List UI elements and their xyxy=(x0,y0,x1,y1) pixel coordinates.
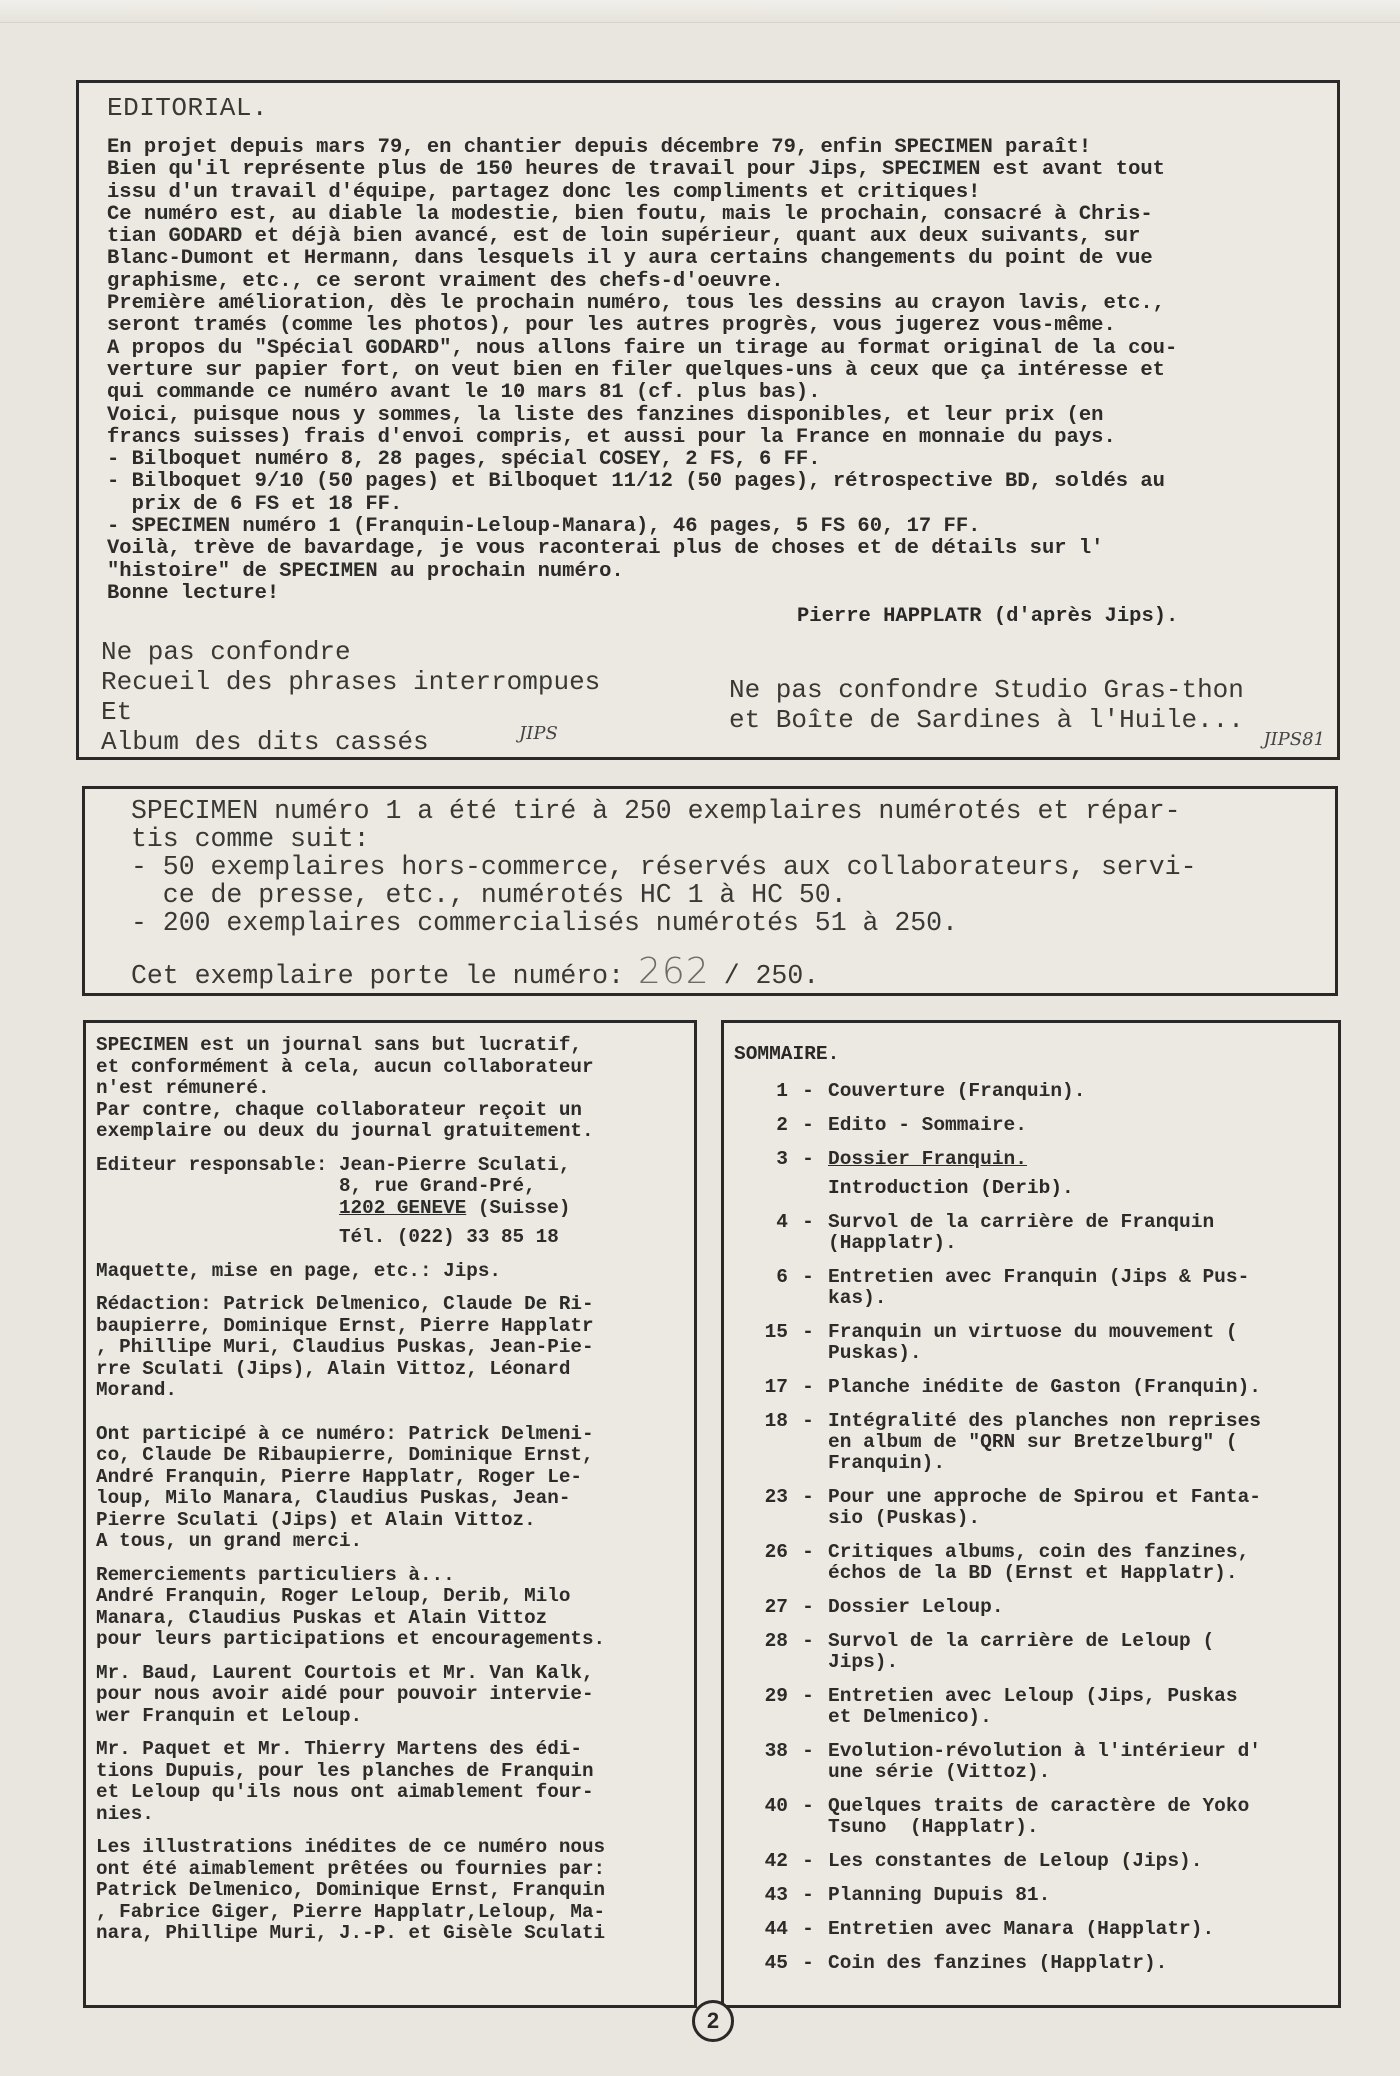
toc-dash: - xyxy=(788,1411,828,1474)
editorial-line: Blanc-Dumont et Hermann, dans lesquels i… xyxy=(107,248,1313,270)
toc-dash: - xyxy=(788,1377,828,1398)
toc-page-number: 45 xyxy=(734,1953,788,1974)
editorial-line: prix de 6 FS et 18 FF. xyxy=(107,494,1313,516)
toc-entry: 38-Evolution-révolution à l'intérieur d'… xyxy=(734,1741,1328,1783)
publisher-phone: Tél. (022) 33 85 18 xyxy=(339,1227,570,1249)
toc-dash: - xyxy=(788,1953,828,1974)
toc-list: 1-Couverture (Franquin).2-Edito - Sommai… xyxy=(734,1081,1328,1974)
toc-entry: 3-Dossier Franquin. xyxy=(734,1149,1328,1170)
toc-entry-title: Couverture (Franquin). xyxy=(828,1081,1085,1102)
toc-page-number: 38 xyxy=(734,1741,788,1783)
editorial-line: francs suisses) frais d'envoi compris, e… xyxy=(107,427,1313,449)
toc-dash: - xyxy=(788,1631,828,1673)
editorial-title: EDITORIAL. xyxy=(107,93,1313,123)
credits-participants: Ont participé à ce numéro: Patrick Delme… xyxy=(96,1424,684,1553)
toc-entry: 29-Entretien avec Leloup (Jips, Puskas e… xyxy=(734,1686,1328,1728)
credits-thanks: Remerciements particuliers à... André Fr… xyxy=(96,1565,684,1651)
credits-illustrations: Les illustrations inédites de ce numéro … xyxy=(96,1837,684,1945)
toc-dash: - xyxy=(788,1542,828,1584)
signature-scribble-right: JIPS81 xyxy=(1263,729,1325,750)
toc-entry-title: Franquin un virtuose du mouvement ( Pusk… xyxy=(828,1322,1238,1364)
toc-title: SOMMAIRE. xyxy=(734,1043,1328,1065)
toc-entry: 6-Entretien avec Franquin (Jips & Pus- k… xyxy=(734,1267,1328,1309)
credits-redaction: Rédaction: Patrick Delmenico, Claude De … xyxy=(96,1294,684,1402)
toc-entry-title: Dossier Franquin. xyxy=(828,1149,1027,1170)
publisher-country: (Suisse) xyxy=(466,1197,570,1219)
toc-entry: 27-Dossier Leloup. xyxy=(734,1597,1328,1618)
editorial-line: - Bilboquet 9/10 (50 pages) et Bilboquet… xyxy=(107,471,1313,493)
toc-entry-title: Entretien avec Leloup (Jips, Puskas et D… xyxy=(828,1686,1238,1728)
toc-page-number: 23 xyxy=(734,1487,788,1529)
editorial-box: EDITORIAL. En projet depuis mars 79, en … xyxy=(76,80,1340,760)
edition-info-box: SPECIMEN numéro 1 a été tiré à 250 exemp… xyxy=(82,786,1338,996)
toc-entry-title: Les constantes de Leloup (Jips). xyxy=(828,1851,1202,1872)
toc-entry-title: Quelques traits de caractère de Yoko Tsu… xyxy=(828,1796,1249,1838)
publisher-block: Editeur responsable: Jean-Pierre Sculati… xyxy=(96,1155,684,1249)
toc-sub-entry: Introduction (Derib). xyxy=(734,1177,1328,1199)
toc-page-number: 43 xyxy=(734,1885,788,1906)
editorial-line: graphisme, etc., ce seront vraiment des … xyxy=(107,271,1313,293)
copy-number-handwritten: 262 xyxy=(624,951,724,992)
toc-entry: 28-Survol de la carrière de Leloup ( Jip… xyxy=(734,1631,1328,1673)
toc-page-number: 26 xyxy=(734,1542,788,1584)
editorial-line: Bien qu'il représente plus de 150 heures… xyxy=(107,159,1313,181)
editorial-line: issu d'un travail d'équipe, partagez don… xyxy=(107,182,1313,204)
toc-page-number: 40 xyxy=(734,1796,788,1838)
ne-pas-confondre-right: Ne pas confondre Studio Gras-thonet Boît… xyxy=(729,675,1244,735)
editorial-line: qui commande ce numéro avant le 10 mars … xyxy=(107,382,1313,404)
toc-dash: - xyxy=(788,1212,828,1254)
editorial-line: Voilà, trève de bavardage, je vous racon… xyxy=(107,538,1313,560)
toc-entry-title: Dossier Leloup. xyxy=(828,1597,1004,1618)
editorial-line: Bonne lecture! xyxy=(107,583,1313,605)
toc-page-number: 44 xyxy=(734,1919,788,1940)
toc-entry-title: Survol de la carrière de Franquin (Happl… xyxy=(828,1212,1214,1254)
editorial-line: Voici, puisque nous y sommes, la liste d… xyxy=(107,405,1313,427)
toc-page-number: 6 xyxy=(734,1267,788,1309)
edition-line: tis comme suit: xyxy=(131,825,1305,853)
credits-intro: SPECIMEN est un journal sans but lucrati… xyxy=(96,1035,684,1143)
editorial-line: "histoire" de SPECIMEN au prochain numér… xyxy=(107,561,1313,583)
toc-dash: - xyxy=(788,1919,828,1940)
toc-page-number: 15 xyxy=(734,1322,788,1364)
toc-entry-title: Coin des fanzines (Happlatr). xyxy=(828,1953,1167,1974)
editorial-signature: Pierre HAPPLATR (d'après Jips). xyxy=(797,605,1178,628)
editorial-line: Première amélioration, dès le prochain n… xyxy=(107,293,1313,315)
toc-page-number: 18 xyxy=(734,1411,788,1474)
toc-entry: 44-Entretien avec Manara (Happlatr). xyxy=(734,1919,1328,1940)
publisher-label: Editeur responsable: xyxy=(96,1155,339,1249)
editorial-line: tian GODARD et déjà bien avancé, est de … xyxy=(107,226,1313,248)
toc-dash: - xyxy=(788,1487,828,1529)
confuse-line: Ne pas confondre xyxy=(101,637,600,667)
toc-entry-title: Planning Dupuis 81. xyxy=(828,1885,1050,1906)
toc-entry: 42-Les constantes de Leloup (Jips). xyxy=(734,1851,1328,1872)
toc-dash: - xyxy=(788,1267,828,1309)
toc-entry: 43-Planning Dupuis 81. xyxy=(734,1885,1328,1906)
copy-number-label: Cet exemplaire porte le numéro: xyxy=(131,961,624,991)
credits-dupuis: Mr. Paquet et Mr. Thierry Martens des éd… xyxy=(96,1739,684,1825)
toc-entry-title: Evolution-révolution à l'intérieur d' un… xyxy=(828,1741,1261,1783)
toc-dash: - xyxy=(788,1796,828,1838)
toc-entry-title: Entretien avec Manara (Happlatr). xyxy=(828,1919,1214,1940)
toc-dash: - xyxy=(788,1322,828,1364)
editorial-body: En projet depuis mars 79, en chantier de… xyxy=(107,137,1313,605)
signature-scribble-left: JIPS xyxy=(519,723,558,744)
publisher-street: 8, rue Grand-Pré, xyxy=(339,1175,536,1197)
toc-entry: 15-Franquin un virtuose du mouvement ( P… xyxy=(734,1322,1328,1364)
toc-entry: 4-Survol de la carrière de Franquin (Hap… xyxy=(734,1212,1328,1254)
confuse-line: Recueil des phrases interrompues xyxy=(101,667,600,697)
edition-line: - 200 exemplaires commercialisés numérot… xyxy=(131,909,1305,937)
toc-entry-title: Survol de la carrière de Leloup ( Jips). xyxy=(828,1631,1214,1673)
toc-dash: - xyxy=(788,1851,828,1872)
toc-page-number: 27 xyxy=(734,1597,788,1618)
toc-entry: 1-Couverture (Franquin). xyxy=(734,1081,1328,1102)
toc-entry: 45-Coin des fanzines (Happlatr). xyxy=(734,1953,1328,1974)
toc-entry: 17-Planche inédite de Gaston (Franquin). xyxy=(734,1377,1328,1398)
toc-page-number: 4 xyxy=(734,1212,788,1254)
paper-top-edge xyxy=(0,0,1400,23)
publisher-city: 1202 GENEVE xyxy=(339,1197,466,1219)
edition-description: SPECIMEN numéro 1 a été tiré à 250 exemp… xyxy=(131,797,1305,937)
editorial-line: En projet depuis mars 79, en chantier de… xyxy=(107,137,1313,159)
toc-page-number: 3 xyxy=(734,1149,788,1170)
toc-entry-title: Entretien avec Franquin (Jips & Pus- kas… xyxy=(828,1267,1249,1309)
toc-page-number: 2 xyxy=(734,1115,788,1136)
toc-entry: 40-Quelques traits de caractère de Yoko … xyxy=(734,1796,1328,1838)
publisher-name: Jean-Pierre Sculati, xyxy=(339,1154,570,1176)
edition-line: SPECIMEN numéro 1 a été tiré à 250 exemp… xyxy=(131,797,1305,825)
editorial-line: - SPECIMEN numéro 1 (Franquin-Leloup-Man… xyxy=(107,516,1313,538)
toc-dash: - xyxy=(788,1597,828,1618)
toc-entry: 23-Pour une approche de Spirou et Fanta-… xyxy=(734,1487,1328,1529)
editorial-line: verture sur papier fort, on veut bien en… xyxy=(107,360,1313,382)
toc-dash: - xyxy=(788,1686,828,1728)
toc-entry-title: Critiques albums, coin des fanzines, éch… xyxy=(828,1542,1249,1584)
copy-number-total: / 250. xyxy=(724,961,819,991)
editorial-line: A propos du "Spécial GODARD", nous allon… xyxy=(107,338,1313,360)
page-number-badge: 2 xyxy=(692,2000,734,2042)
confuse-line: et Boîte de Sardines à l'Huile... xyxy=(729,705,1244,735)
toc-entry-title: Intégralité des planches non reprises en… xyxy=(828,1411,1261,1474)
editorial-line: Ce numéro est, au diable la modestie, bi… xyxy=(107,204,1313,226)
credits-interview-help: Mr. Baud, Laurent Courtois et Mr. Van Ka… xyxy=(96,1663,684,1728)
toc-page-number: 17 xyxy=(734,1377,788,1398)
toc-entry-title: Pour une approche de Spirou et Fanta- si… xyxy=(828,1487,1261,1529)
toc-dash: - xyxy=(788,1081,828,1102)
toc-entry: 2-Edito - Sommaire. xyxy=(734,1115,1328,1136)
toc-dash: - xyxy=(788,1115,828,1136)
table-of-contents-box: SOMMAIRE. 1-Couverture (Franquin).2-Edit… xyxy=(721,1020,1341,2008)
toc-dash: - xyxy=(788,1741,828,1783)
edition-line: ce de presse, etc., numérotés HC 1 à HC … xyxy=(131,881,1305,909)
editorial-line: - Bilboquet numéro 8, 28 pages, spécial … xyxy=(107,449,1313,471)
toc-entry-title: Planche inédite de Gaston (Franquin). xyxy=(828,1377,1261,1398)
toc-entry: 18-Intégralité des planches non reprises… xyxy=(734,1411,1328,1474)
credits-layout: Maquette, mise en page, etc.: Jips. xyxy=(96,1261,684,1283)
toc-page-number: 1 xyxy=(734,1081,788,1102)
confuse-line: Ne pas confondre Studio Gras-thon xyxy=(729,675,1244,705)
copy-number-line: Cet exemplaire porte le numéro:262/ 250. xyxy=(131,951,1305,992)
toc-page-number: 29 xyxy=(734,1686,788,1728)
publisher-address: Jean-Pierre Sculati, 8, rue Grand-Pré, 1… xyxy=(339,1155,570,1249)
toc-page-number: 28 xyxy=(734,1631,788,1673)
credits-box: SPECIMEN est un journal sans but lucrati… xyxy=(83,1020,697,2008)
toc-entry: 26-Critiques albums, coin des fanzines, … xyxy=(734,1542,1328,1584)
toc-page-number: 42 xyxy=(734,1851,788,1872)
editorial-line: seront tramés (comme les photos), pour l… xyxy=(107,315,1313,337)
toc-dash: - xyxy=(788,1885,828,1906)
toc-entry-title: Edito - Sommaire. xyxy=(828,1115,1027,1136)
edition-line: - 50 exemplaires hors-commerce, réservés… xyxy=(131,853,1305,881)
toc-dash: - xyxy=(788,1149,828,1170)
